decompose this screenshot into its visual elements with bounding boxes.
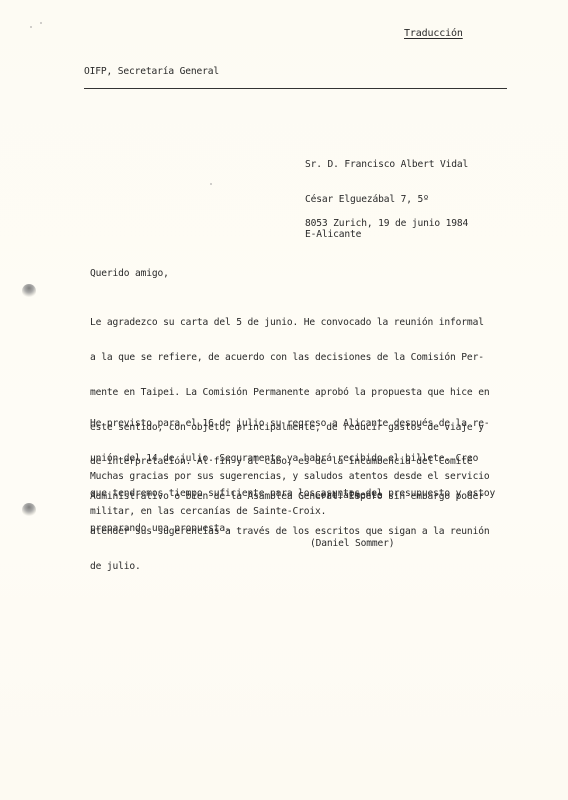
paragraph-line: de julio.: [90, 561, 489, 573]
paper-speck: [210, 183, 212, 185]
punch-hole-icon: [22, 284, 36, 298]
translation-label: Traducción: [404, 28, 463, 40]
paper-speck: [30, 26, 32, 28]
paragraph-line: a la que se refiere, de acuerdo con las …: [90, 352, 489, 364]
paragraph-line: Le agradezco su carta del 5 de junio. He…: [90, 317, 489, 329]
signature: (Daniel Sommer): [310, 538, 394, 550]
recipient-city: E-Alicante: [305, 229, 468, 241]
recipient-name: Sr. D. Francisco Albert Vidal: [305, 159, 468, 171]
header-divider: [84, 88, 507, 89]
greeting: Querido amigo,: [90, 268, 169, 280]
paragraph-3: Muchas gracias por sus sugerencias, y sa…: [90, 448, 489, 541]
paragraph-line: He previsto para el 16 de julio su regre…: [90, 418, 495, 430]
sender-organization: OIFP, Secretaría General: [84, 66, 219, 78]
punch-hole-icon: [22, 503, 36, 517]
date-line: 8053 Zurich, 19 de junio 1984: [305, 218, 468, 230]
paragraph-line: Muchas gracias por sus sugerencias, y sa…: [90, 471, 489, 483]
paragraph-line: militar, en las cercanías de Sainte-Croi…: [90, 506, 489, 518]
letter-page: Traducción OIFP, Secretaría General Sr. …: [0, 0, 568, 800]
closing: Cordialmente: [315, 490, 383, 502]
paper-speck: [40, 22, 42, 24]
recipient-street: César Elguezábal 7, 5º: [305, 194, 468, 206]
recipient-address: Sr. D. Francisco Albert Vidal César Elgu…: [305, 136, 468, 264]
